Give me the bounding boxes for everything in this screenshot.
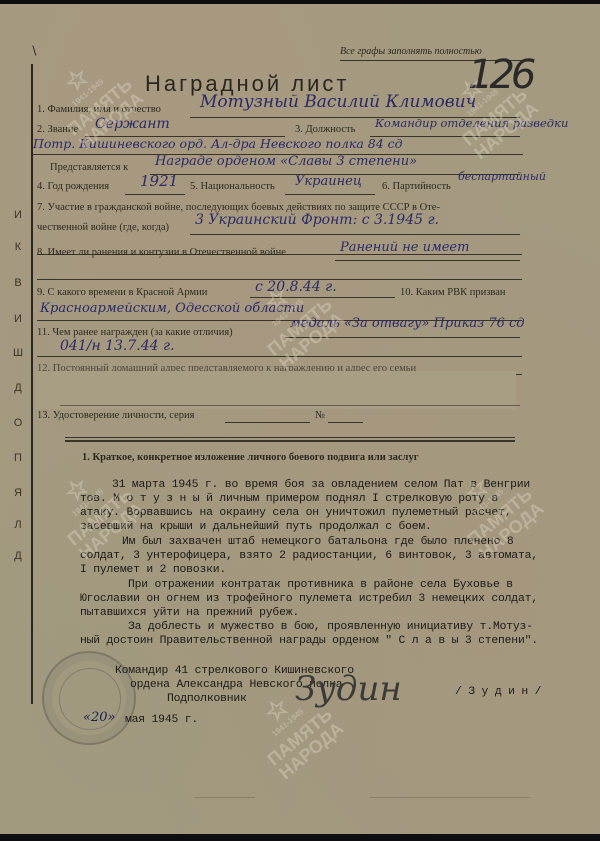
star-icon: ☆	[41, 47, 112, 111]
field-line	[225, 422, 310, 423]
redacted-address	[36, 371, 516, 409]
field-nationality-label: 5. Национальность	[190, 181, 275, 192]
section-divider	[65, 440, 515, 442]
field-line	[285, 337, 520, 338]
narrative-line: 31 марта 1945 г. во время боя за овладен…	[112, 479, 530, 491]
field-army-since-value: с 20.8.44 г.	[255, 279, 337, 295]
field-presented-label: Представляется к	[50, 162, 128, 173]
field-position-label: 3. Должность	[295, 124, 355, 135]
field-rvk-value: Красноармейским, Одесской области	[40, 301, 304, 316]
margin-letter: О	[12, 417, 24, 429]
signatory-rank: Подполковник	[167, 693, 247, 705]
field-position-value: Командир отделения разведки	[375, 116, 568, 130]
margin-letter: В	[12, 277, 24, 289]
field-combat-value: 3 Украинский Фронт: с 3.1945 г.	[195, 212, 439, 228]
award-sheet-document: ∖ И К В И Ш Д О П Я Л Д Все графы заполн…	[0, 4, 600, 834]
fill-instruction: Все графы заполнять полностью	[340, 46, 482, 57]
margin-letter: Л	[12, 519, 24, 531]
faint-mark	[195, 797, 255, 798]
narrative-line: I пулемет и 2 повозки.	[80, 564, 226, 576]
field-name-label: 1. Фамилия, имя и отчество	[37, 104, 161, 115]
field-awards-value: медаль «За отвагу» Приказ 76 сд	[290, 316, 525, 331]
margin-letter: Ш	[12, 347, 24, 359]
faint-mark	[370, 797, 530, 798]
archive-mark: 126	[468, 52, 532, 98]
narrative-line: засевший на крыши и дальнейший путь прод…	[80, 521, 432, 533]
field-awards-label: 11. Чем ранее награжден (за какие отличи…	[37, 327, 233, 338]
field-id-label: 13. Удостоверение личности, серия	[37, 410, 194, 421]
date-day: «20»	[83, 710, 115, 725]
field-line	[285, 194, 375, 195]
margin-letter: П	[12, 452, 24, 464]
field-combat-label-cont: чественной войне (где, когда)	[37, 222, 169, 233]
narrative-line: ный достоин Правительственной награды ор…	[80, 635, 538, 647]
field-line	[190, 234, 520, 235]
field-line	[335, 260, 520, 261]
field-nationality-value: Украинец	[295, 174, 362, 189]
corner-mark: ∖	[30, 44, 38, 59]
field-army-since-label: 9. С какого времени в Красной Армии	[37, 287, 207, 298]
field-line	[250, 297, 395, 298]
narrative-line: За доблесть и мужество в бою, проявленну…	[128, 621, 533, 633]
handwritten-signature: Зудин	[295, 669, 402, 709]
margin-letter: К	[12, 241, 24, 253]
section-divider	[65, 437, 515, 438]
signatory-name: / З у д и н /	[455, 686, 541, 698]
narrative-line: пытавшихся уйти на прежний рубеж.	[80, 607, 299, 619]
field-wounds-label: 8. Имеет ли ранения и контузии в Отечест…	[37, 247, 286, 258]
field-line	[37, 356, 522, 357]
field-name-value: Мотузный Василий Климович	[200, 92, 476, 112]
narrative-line: Югославии он огнем из трофейного пулемет…	[80, 593, 538, 605]
field-rvk-label: 10. Каким РВК призван	[400, 287, 505, 298]
narrative-line: При отражении контратак противника в рай…	[128, 579, 513, 591]
field-line	[60, 405, 520, 406]
margin-rule	[31, 64, 33, 704]
margin-letter: И	[12, 313, 24, 325]
narrative-line: тов. М о т у з н ы й личным примером под…	[80, 493, 498, 505]
field-rank-value: Сержант	[95, 116, 170, 132]
field-birth-year-label: 4. Год рождения	[37, 181, 109, 192]
margin-letter: Д	[12, 382, 24, 394]
narrative-line: солдат, 3 унтерофицера, взято 2 радиоста…	[80, 550, 538, 562]
field-awards-value-cont: 041/н 13.7.44 г.	[60, 338, 175, 354]
field-unit-value: Потр. Кишиневского орд. Ал-дра Невского …	[33, 136, 403, 151]
section-heading: 1. Краткое, конкретное изложение личного…	[82, 452, 418, 463]
field-presented-value: Награде орденом «Славы 3 степени»	[155, 154, 417, 169]
margin-letter: Д	[12, 550, 24, 562]
field-rank-label: 2. Звание	[37, 124, 78, 135]
margin-letter: И	[12, 209, 24, 221]
narrative-line: Им был захвачен штаб немецкого батальона…	[122, 536, 514, 548]
field-wounds-value: Ранений не имеет	[340, 240, 469, 255]
date-month-year: мая 1945 г.	[125, 714, 198, 726]
field-party-value: беспартийный	[458, 170, 546, 183]
margin-letter: Я	[12, 487, 24, 499]
field-birth-year-value: 1921	[140, 172, 178, 190]
narrative-line: атаку. Ворвавшись на окраину села он уни…	[80, 507, 511, 519]
field-party-label: 6. Партийность	[382, 181, 451, 192]
field-id-number-label: №	[315, 410, 325, 421]
field-line	[125, 194, 185, 195]
field-line	[328, 422, 363, 423]
